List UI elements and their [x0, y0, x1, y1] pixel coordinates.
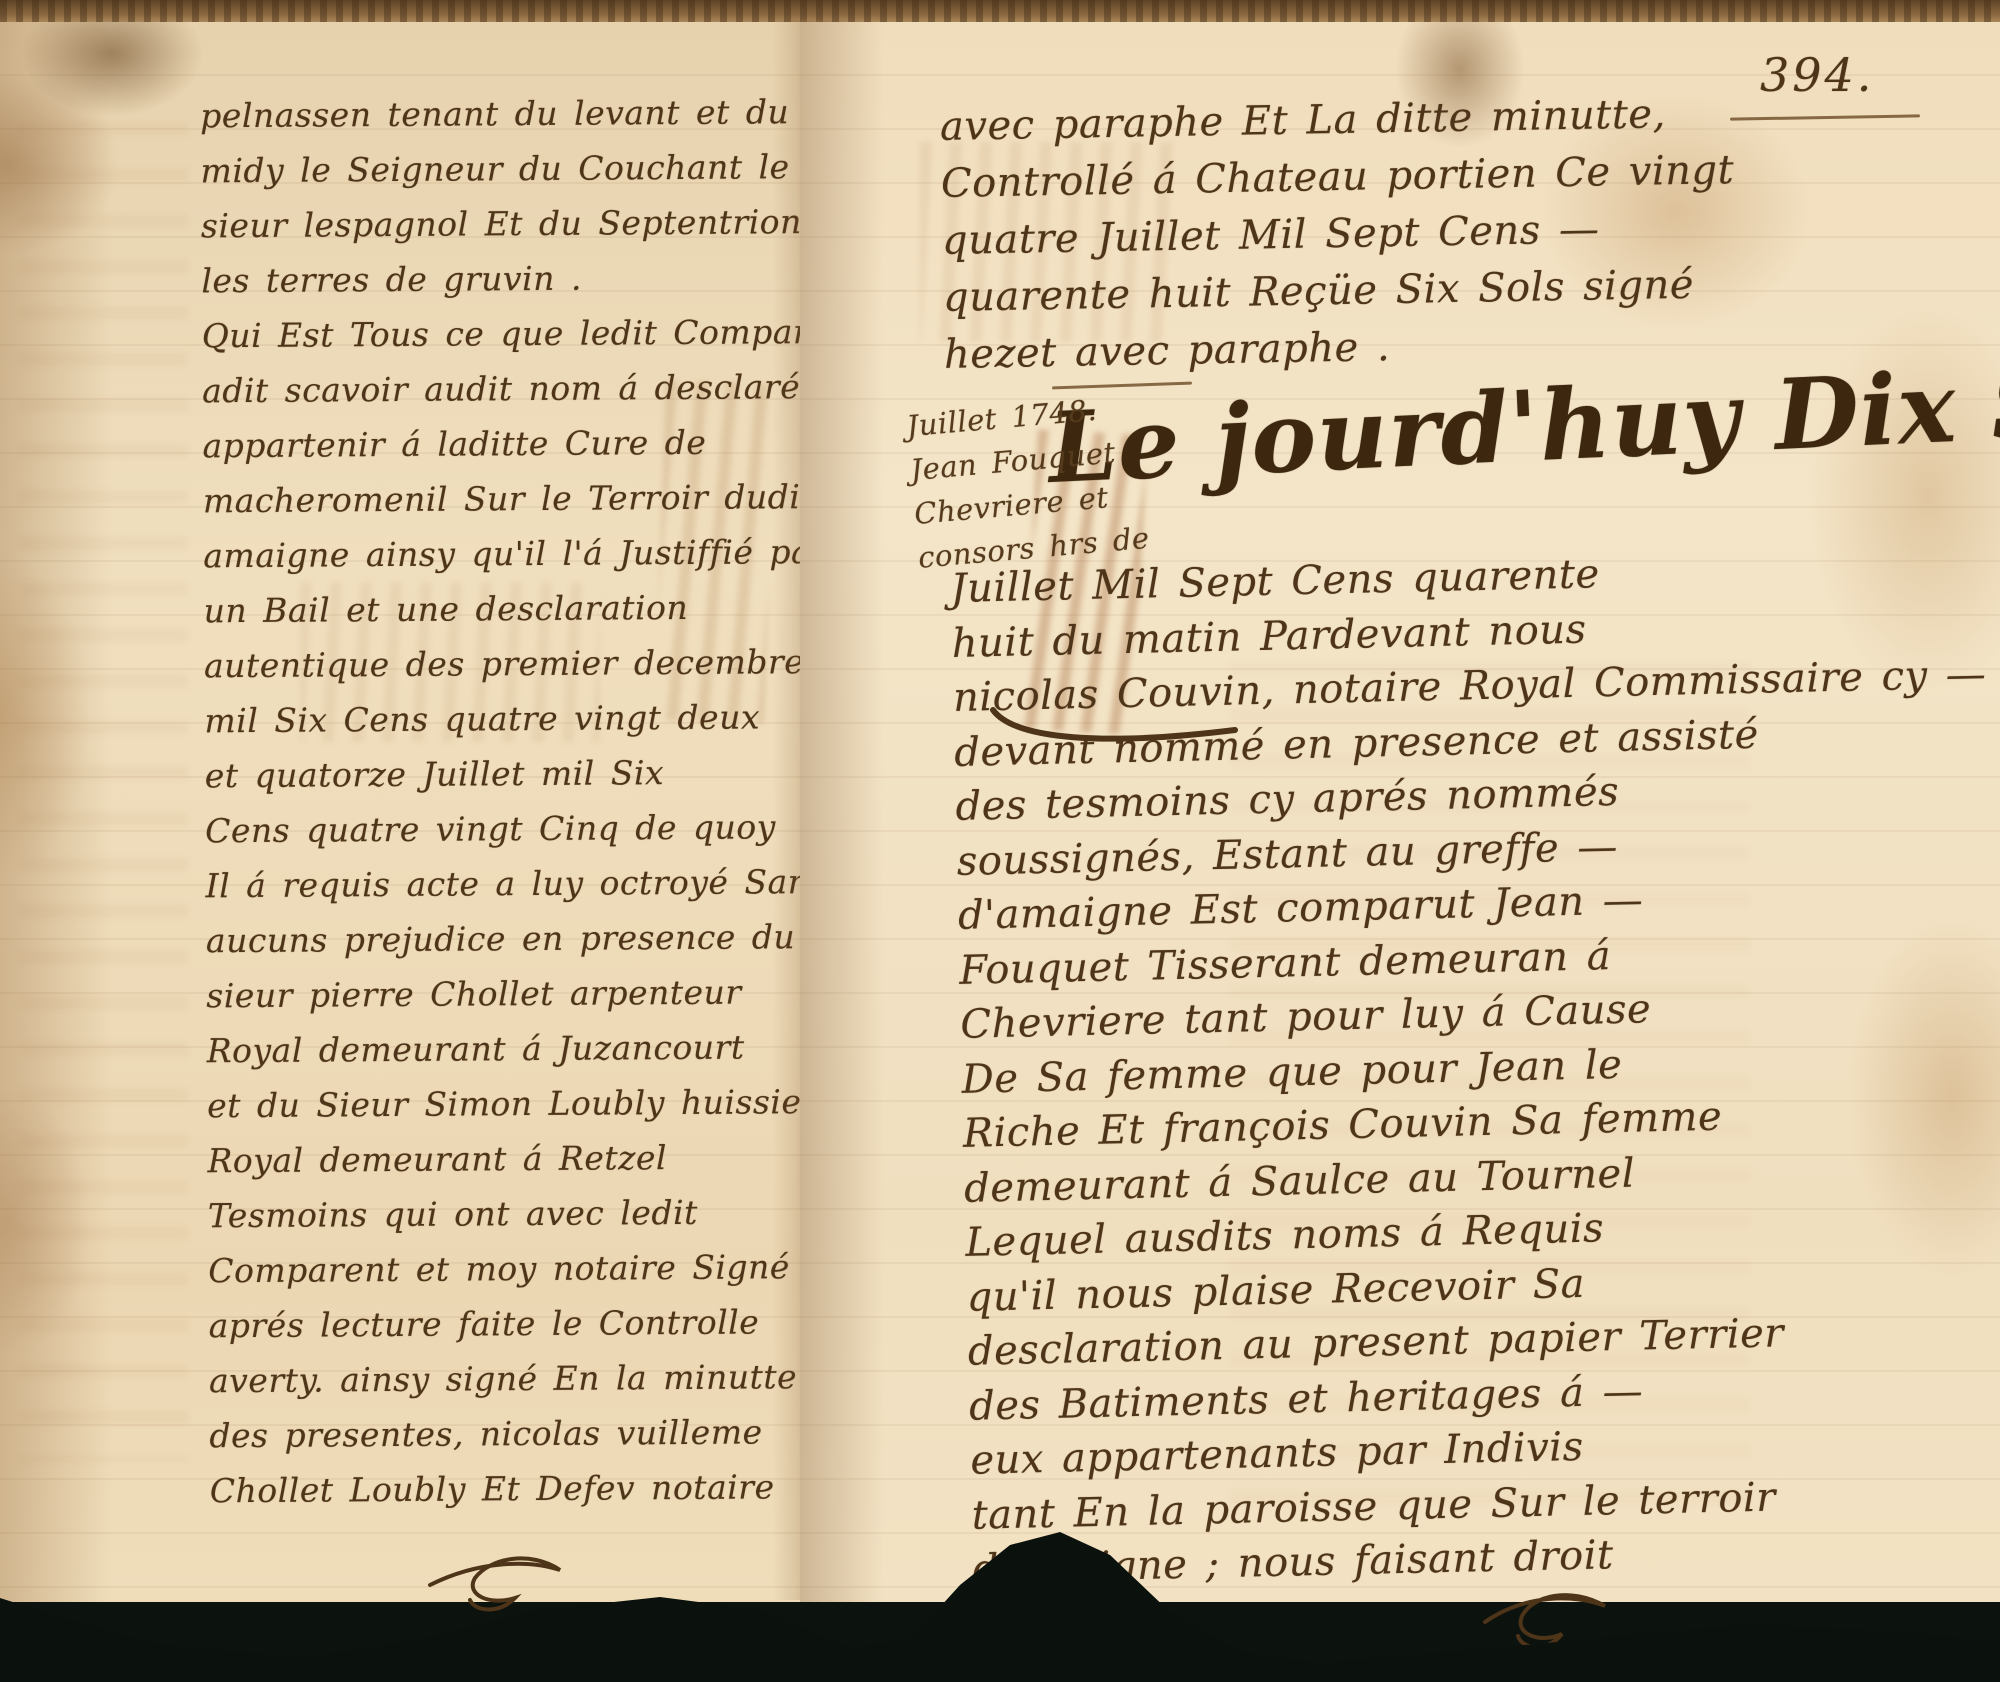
underline-stroke — [1730, 114, 1920, 120]
handwritten-line: pelnassen tenant du levant et du — [200, 84, 863, 144]
handwritten-line: mil Six Cens quatre vingt deux — [204, 689, 867, 749]
page-number: 394. — [1760, 48, 1874, 102]
handwritten-line: amaigne ainsy qu'il l'á Justiffié par — [203, 524, 866, 584]
handwritten-line: un Bail et une desclaration — [203, 579, 866, 639]
handwritten-line: les terres de gruvin . — [201, 249, 864, 309]
left-page: pelnassen tenant du levant et dumidy le … — [0, 22, 800, 1602]
handwritten-line: appartenir á laditte Cure de — [202, 414, 865, 474]
handwritten-line: Qui Est Tous ce que ledit Comparent — [202, 304, 865, 364]
right-page: 394. avec paraphe Et La ditte minutte,Co… — [800, 22, 2000, 1602]
handwritten-line: Royal demeurant á Juzancourt — [207, 1019, 870, 1079]
handwritten-line: sieur lespagnol Et du Septentrion — [201, 194, 864, 254]
handwritten-line: Cens quatre vingt Cinq de quoy — [205, 799, 868, 859]
margin-note: Juillet 1748.Jean FouquetChevriere etcon… — [905, 384, 1152, 580]
handwritten-line: macheromenil Sur le Terroir dudit — [203, 469, 866, 529]
handwritten-line: sieur pierre Chollet arpenteur — [206, 964, 869, 1024]
handwritten-line: aucuns prejudice en presence du — [206, 909, 869, 969]
manuscript-photo: pelnassen tenant du levant et dumidy le … — [0, 0, 2000, 1682]
handwritten-line: adit scavoir audit nom á desclaré — [202, 359, 865, 419]
paraph-flourish-icon — [420, 1540, 580, 1620]
handwritten-line: Il á requis acte a luy octroyé Sans — [205, 854, 868, 914]
controle-note-text: avec paraphe Et La ditte minutte,Control… — [940, 85, 1738, 384]
handwritten-line: et quatorze Juillet mil Six — [205, 744, 868, 804]
handwritten-line: midy le Seigneur du Couchant le — [200, 139, 863, 199]
handwritten-line: autentique des premier decembre — [204, 634, 867, 694]
handwritten-line: et du Sieur Simon Loubly huissier — [207, 1074, 870, 1134]
bleed-through-text — [18, 122, 188, 1462]
underline-swash — [985, 690, 1245, 750]
